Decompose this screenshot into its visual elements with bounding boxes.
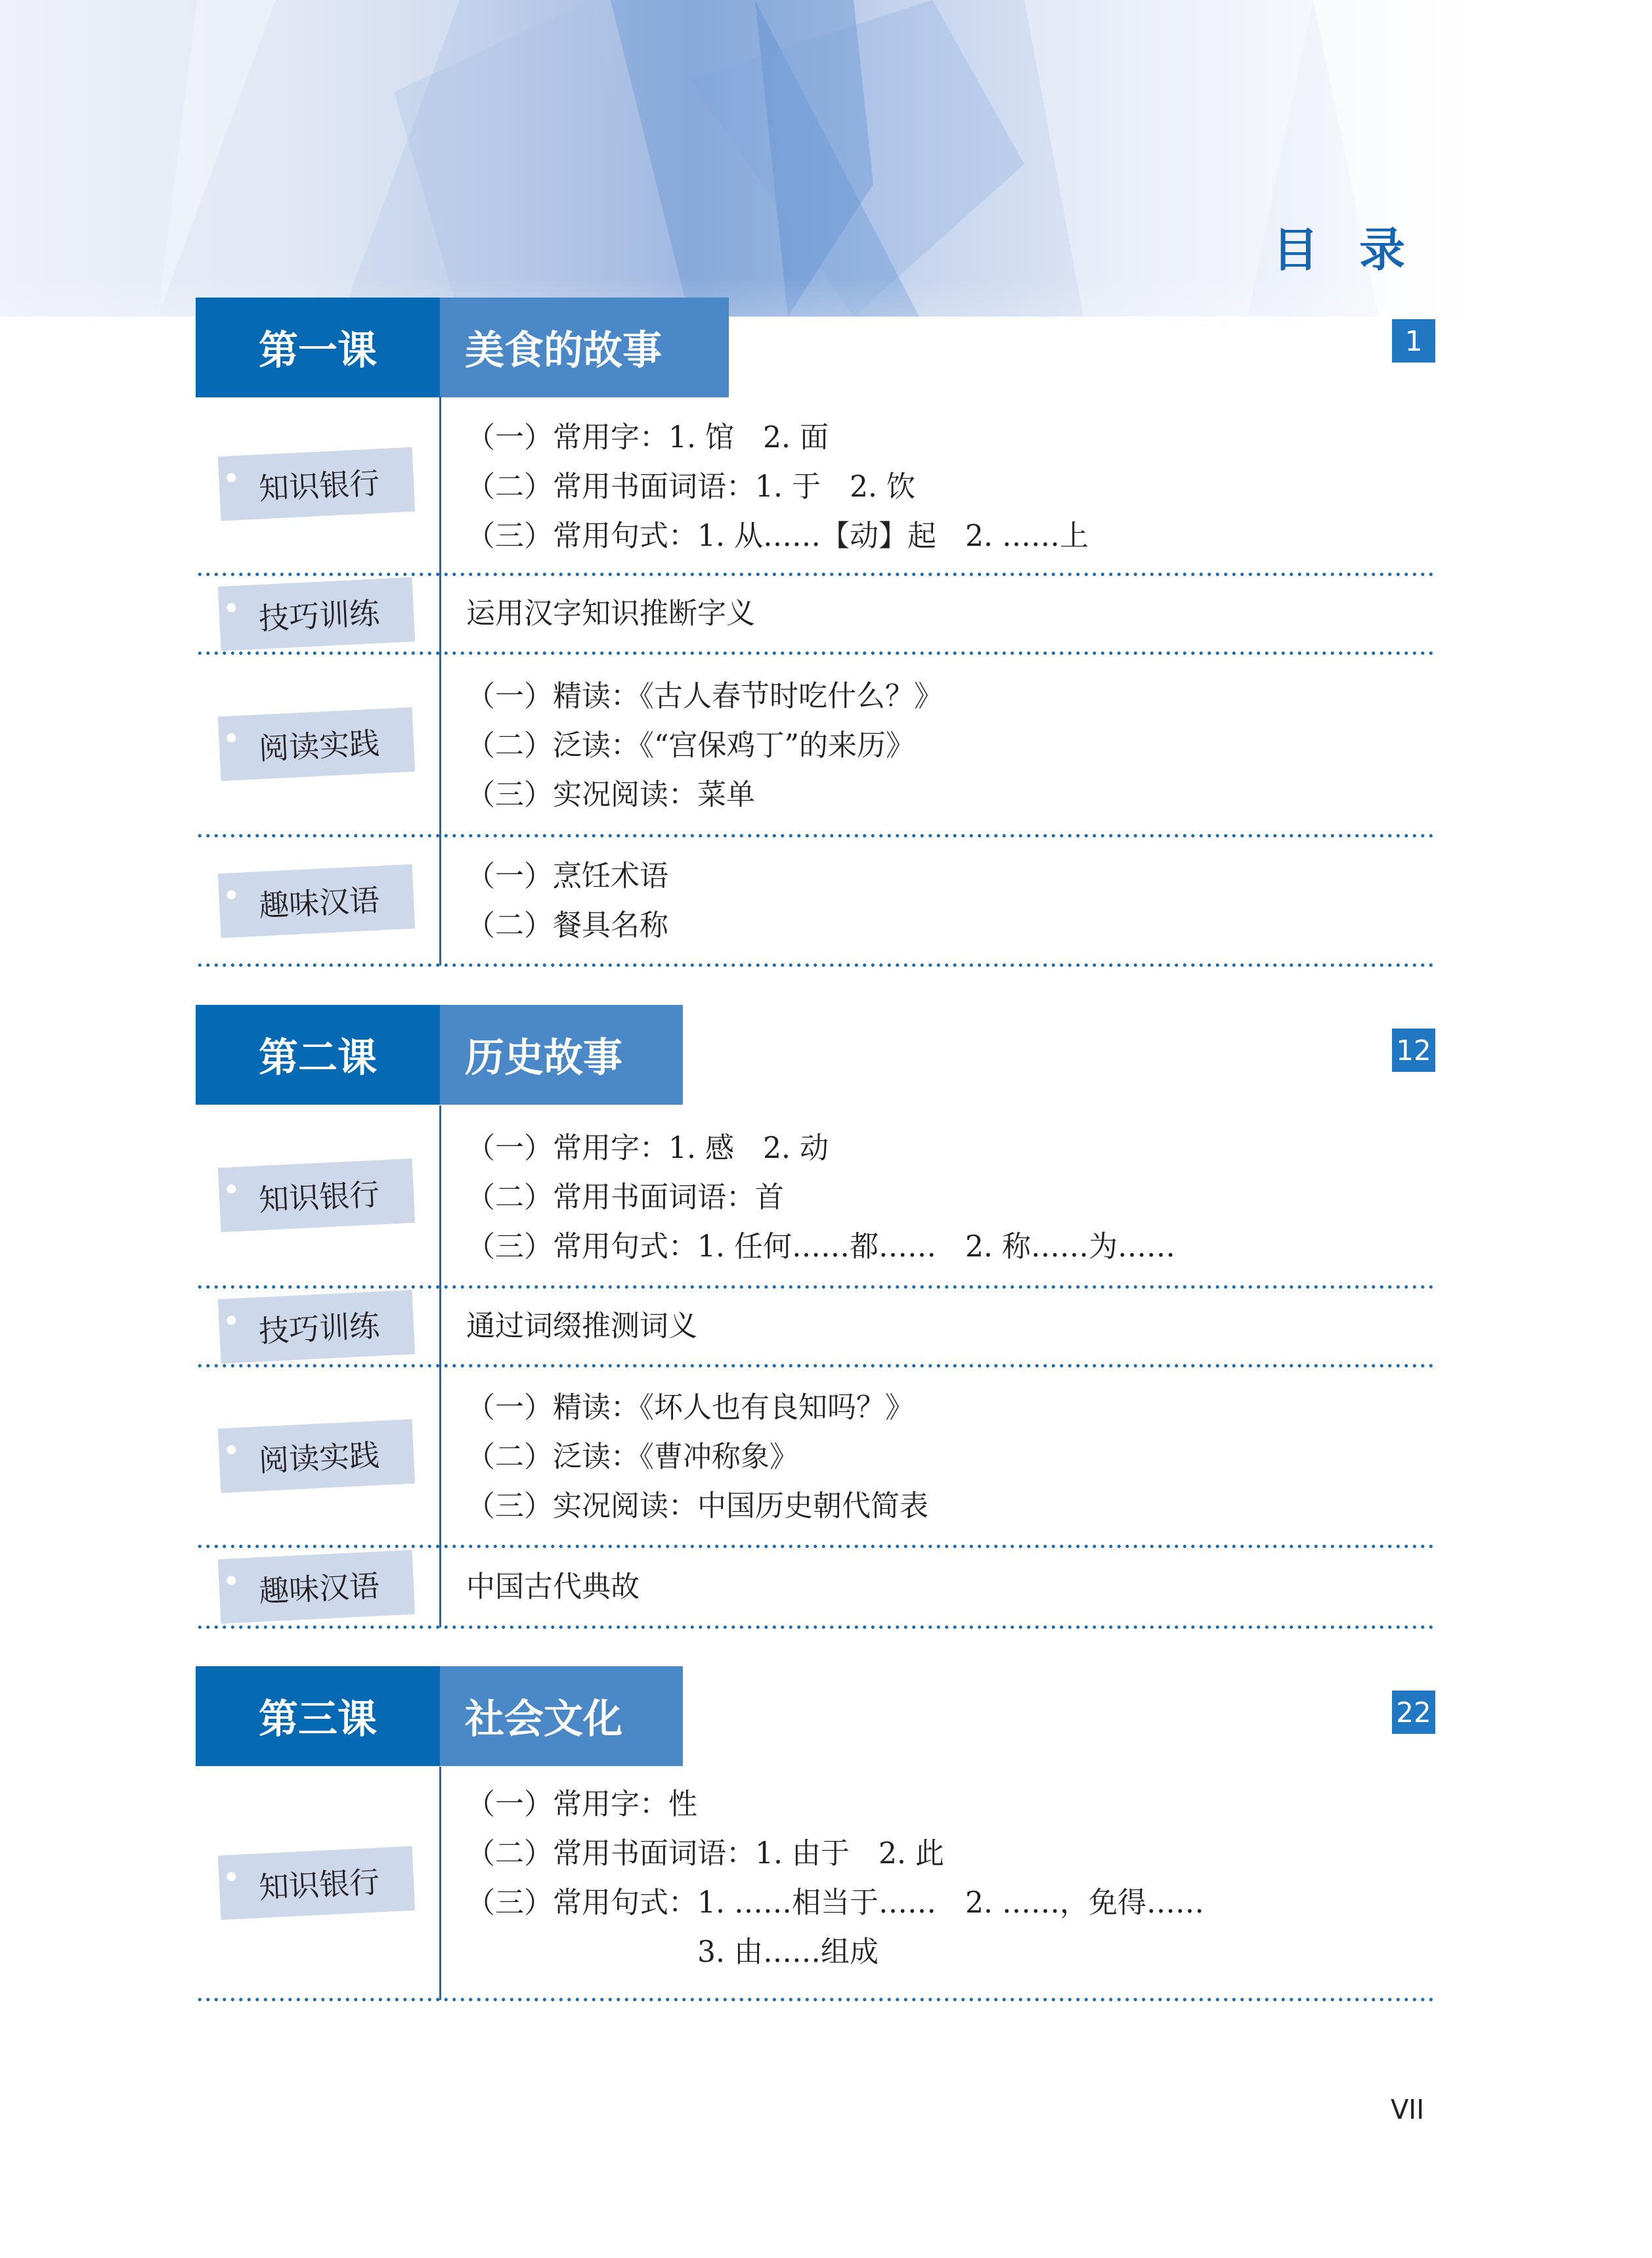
toc-entry[interactable]: （二）泛读：《曹冲称象》: [466, 1432, 928, 1482]
toc-entry[interactable]: （二）餐具名称: [466, 901, 668, 950]
section-tag: 知识银行: [218, 1159, 415, 1232]
tag-hole-icon: [227, 603, 236, 613]
section-skill-training: 技巧训练 通过词缀推测词义: [196, 1287, 1435, 1366]
tag-hole-icon: [227, 1184, 236, 1194]
section-tag: 阅读实践: [218, 707, 415, 781]
toc-entry[interactable]: （一）烹饪术语: [466, 852, 668, 901]
toc-entry[interactable]: （一）精读：《坏人也有良知吗？》: [466, 1383, 928, 1432]
page-number: VII: [1391, 2095, 1424, 2125]
tag-hole-icon: [227, 733, 236, 743]
tag-label: 阅读实践: [257, 719, 380, 768]
section-tag: 知识银行: [218, 447, 415, 521]
toc-entry[interactable]: （二）常用书面词语：1. 于 2. 饮: [466, 462, 1089, 512]
tag-hole-icon: [227, 1316, 236, 1325]
tag-label: 知识银行: [257, 1858, 380, 1907]
section-knowledge-bank: 知识银行 （一）常用字：1. 馆 2. 面 （二）常用书面词语：1. 于 2. …: [196, 396, 1435, 575]
section-tag: 技巧训练: [218, 577, 415, 651]
toc-entry[interactable]: 运用汉字知识推断字义: [466, 589, 755, 638]
lesson-number: 第三课: [196, 1666, 440, 1766]
section-tag: 知识银行: [218, 1846, 415, 1920]
lesson-title: 美食的故事: [440, 298, 729, 397]
section-knowledge-bank: 知识银行 （一）常用字：性 （二）常用书面词语：1. 由于 2. 此 （三）常用…: [196, 1767, 1435, 2000]
toc-entry[interactable]: 中国古代典故: [466, 1562, 640, 1612]
toc-entry[interactable]: （二）泛读：《“宫保鸡丁”的来历》: [466, 721, 943, 770]
lesson-3-header[interactable]: 第三课 社会文化: [196, 1666, 683, 1766]
toc-entry[interactable]: 通过词缀推测词义: [466, 1302, 697, 1351]
toc-entry[interactable]: （三）常用句式：1. 从……【动】起 2. ……上: [466, 512, 1089, 561]
section-tag: 趣味汉语: [218, 1550, 415, 1624]
page-title: 目录: [1272, 213, 1446, 280]
tag-label: 知识银行: [257, 1170, 380, 1220]
section-reading-practice: 阅读实践 （一）精读：《坏人也有良知吗？》 （二）泛读：《曹冲称象》 （三）实况…: [196, 1366, 1435, 1547]
toc-entry[interactable]: （三）常用句式：1. 任何……都…… 2. 称……为……: [466, 1222, 1175, 1272]
tag-hole-icon: [227, 1872, 236, 1882]
toc-entry[interactable]: （一）常用字：性: [466, 1780, 1204, 1829]
toc-entry[interactable]: （二）常用书面词语：1. 由于 2. 此: [466, 1829, 1204, 1878]
toc-entry[interactable]: （一）精读：《古人春节时吃什么？》: [466, 672, 943, 721]
page-number-badge[interactable]: 1: [1392, 319, 1435, 363]
dotted-divider: [196, 1626, 1435, 1629]
tag-label: 趣味汉语: [257, 1562, 380, 1611]
dotted-divider: [196, 963, 1435, 967]
section-tag: 趣味汉语: [218, 864, 415, 938]
lesson-1-header[interactable]: 第一课 美食的故事: [196, 298, 729, 397]
toc-entry[interactable]: （一）常用字：1. 馆 2. 面: [466, 413, 1089, 462]
page-number-badge[interactable]: 12: [1392, 1029, 1435, 1072]
toc-entry[interactable]: 3. 由……组成: [466, 1928, 1204, 1977]
section-skill-training: 技巧训练 运用汉字知识推断字义: [196, 575, 1435, 653]
tag-label: 趣味汉语: [257, 876, 380, 925]
tag-label: 技巧训练: [257, 1302, 380, 1351]
tag-hole-icon: [227, 1445, 236, 1455]
tag-label: 技巧训练: [257, 589, 380, 638]
toc-entry[interactable]: （二）常用书面词语：首: [466, 1173, 1175, 1222]
lesson-2-header[interactable]: 第二课 历史故事: [196, 1005, 683, 1105]
section-knowledge-bank: 知识银行 （一）常用字：1. 感 2. 动 （二）常用书面词语：首 （三）常用句…: [196, 1105, 1435, 1287]
section-reading-practice: 阅读实践 （一）精读：《古人春节时吃什么？》 （二）泛读：《“宫保鸡丁”的来历》…: [196, 653, 1435, 836]
tag-hole-icon: [227, 890, 236, 900]
tag-label: 知识银行: [257, 459, 380, 508]
dotted-divider: [196, 1998, 1435, 2001]
section-fun-chinese: 趣味汉语 （一）烹饪术语 （二）餐具名称: [196, 836, 1435, 965]
section-tag: 技巧训练: [218, 1290, 415, 1363]
lesson-title: 社会文化: [440, 1666, 683, 1766]
toc-entry[interactable]: （三）实况阅读：菜单: [466, 770, 943, 820]
toc-entry[interactable]: （三）常用句式：1. ……相当于…… 2. ……，免得……: [466, 1878, 1204, 1928]
toc-entry[interactable]: （一）常用字：1. 感 2. 动: [466, 1124, 1175, 1173]
tag-hole-icon: [227, 1576, 236, 1585]
lesson-number: 第二课: [196, 1005, 440, 1105]
tag-hole-icon: [227, 473, 236, 483]
section-tag: 阅读实践: [218, 1419, 415, 1493]
toc-entry[interactable]: （三）实况阅读：中国历史朝代简表: [466, 1482, 928, 1531]
tag-label: 阅读实践: [257, 1431, 380, 1480]
lesson-title: 历史故事: [440, 1005, 683, 1105]
section-fun-chinese: 趣味汉语 中国古代典故: [196, 1547, 1435, 1627]
page-number-badge[interactable]: 22: [1392, 1691, 1435, 1734]
lesson-number: 第一课: [196, 298, 440, 397]
